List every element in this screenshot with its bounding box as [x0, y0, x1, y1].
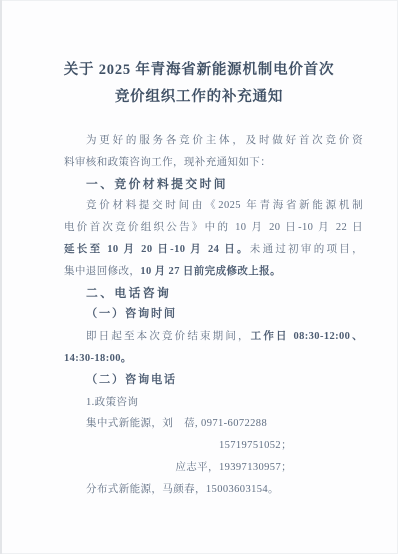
emphasis-run: 10 月 27 日前完成修改上报。 [140, 266, 281, 277]
text-run: 集中式新能源，刘 蓓, 0971-6072288 [86, 418, 267, 429]
text-run: 1.政策咨询 [86, 397, 138, 408]
section1-heading: 一、竞价材料提交时间 [64, 174, 363, 196]
text-run: 料审核和政策咨询工作，现补充通知如下： [64, 157, 271, 168]
text-run: 分布式新能源，马颜春，15003603154。 [86, 484, 279, 495]
sub1-line-1: 即日起至本次竞价结束期间，工作日 08:30-12:00、 [64, 326, 363, 348]
section1-line-2: 电价首次竞价组织公告》中的 10 月 20 日-10 月 22 日 [64, 217, 363, 239]
text-run: 一、竞价材料提交时间 [86, 177, 228, 191]
emphasis-run: 工作日 08:30-12:00、 [251, 331, 363, 342]
sub1-line-2: 14:30-18:00。 [64, 348, 363, 370]
text-run: 二、电话咨询 [86, 286, 171, 300]
contact-line-distributed: 分布式新能源，马颜春，15003603154。 [64, 479, 363, 501]
document-page: 关于 2025 年青海省新能源机制电价首次 竞价组织工作的补充通知 为更好的服务… [0, 0, 398, 554]
doc-body: 为更好的服务各竞价主体，及时做好首次竞价资 料审核和政策咨询工作，现补充通知如下… [64, 130, 363, 501]
section2-sub1-heading: （一）咨询时间 [64, 304, 363, 326]
contact-line-phone2: 15719751052； [64, 435, 292, 457]
section1-line-3: 延长至 10 月 20 日-10 月 24 日。未通过初审的项目， [64, 239, 363, 261]
text-run: 集中退回修改， [64, 266, 140, 277]
contact-line-yingzhiping: 应志平，19397130957； [64, 457, 292, 479]
text-run: 即日起至本次竞价结束期间， [86, 331, 251, 342]
doc-title: 关于 2025 年青海省新能源机制电价首次 竞价组织工作的补充通知 [0, 57, 398, 111]
policy-consult-label: 1.政策咨询 [64, 392, 363, 414]
emphasis-run: 14:30-18:00。 [64, 353, 132, 364]
text-run: 为更好的服务各竞价主体，及时做好首次竞价资 [86, 135, 363, 146]
text-run: 未通过初审的项目， [250, 244, 363, 255]
section1-line-1: 竞价材料提交时间由《2025 年青海省新能源机制 [64, 195, 363, 217]
contact-line-centralized: 集中式新能源，刘 蓓, 0971-6072288 [64, 413, 363, 435]
intro-line-2: 料审核和政策咨询工作，现补充通知如下： [64, 152, 363, 174]
doc-title-line2: 竞价组织工作的补充通知 [0, 84, 398, 111]
text-run: 竞价材料提交时间由《2025 年青海省新能源机制 [86, 200, 363, 211]
text-run: 15719751052； [219, 440, 292, 451]
section2-sub2-heading: （二）咨询电话 [64, 370, 363, 392]
text-run: 应志平，19397130957； [175, 462, 292, 473]
section1-line-4: 集中退回修改，10 月 27 日前完成修改上报。 [64, 261, 363, 283]
text-run: （二）咨询电话 [86, 374, 177, 386]
section2-heading: 二、电话咨询 [64, 283, 363, 305]
emphasis-run: 延长至 10 月 20 日-10 月 24 日。 [64, 244, 250, 255]
intro-line-1: 为更好的服务各竞价主体，及时做好首次竞价资 [64, 130, 363, 152]
doc-title-line1: 关于 2025 年青海省新能源机制电价首次 [0, 57, 398, 84]
text-run: 电价首次竞价组织公告》中的 10 月 20 日-10 月 22 日 [64, 222, 363, 233]
text-run: （一）咨询时间 [86, 308, 177, 320]
